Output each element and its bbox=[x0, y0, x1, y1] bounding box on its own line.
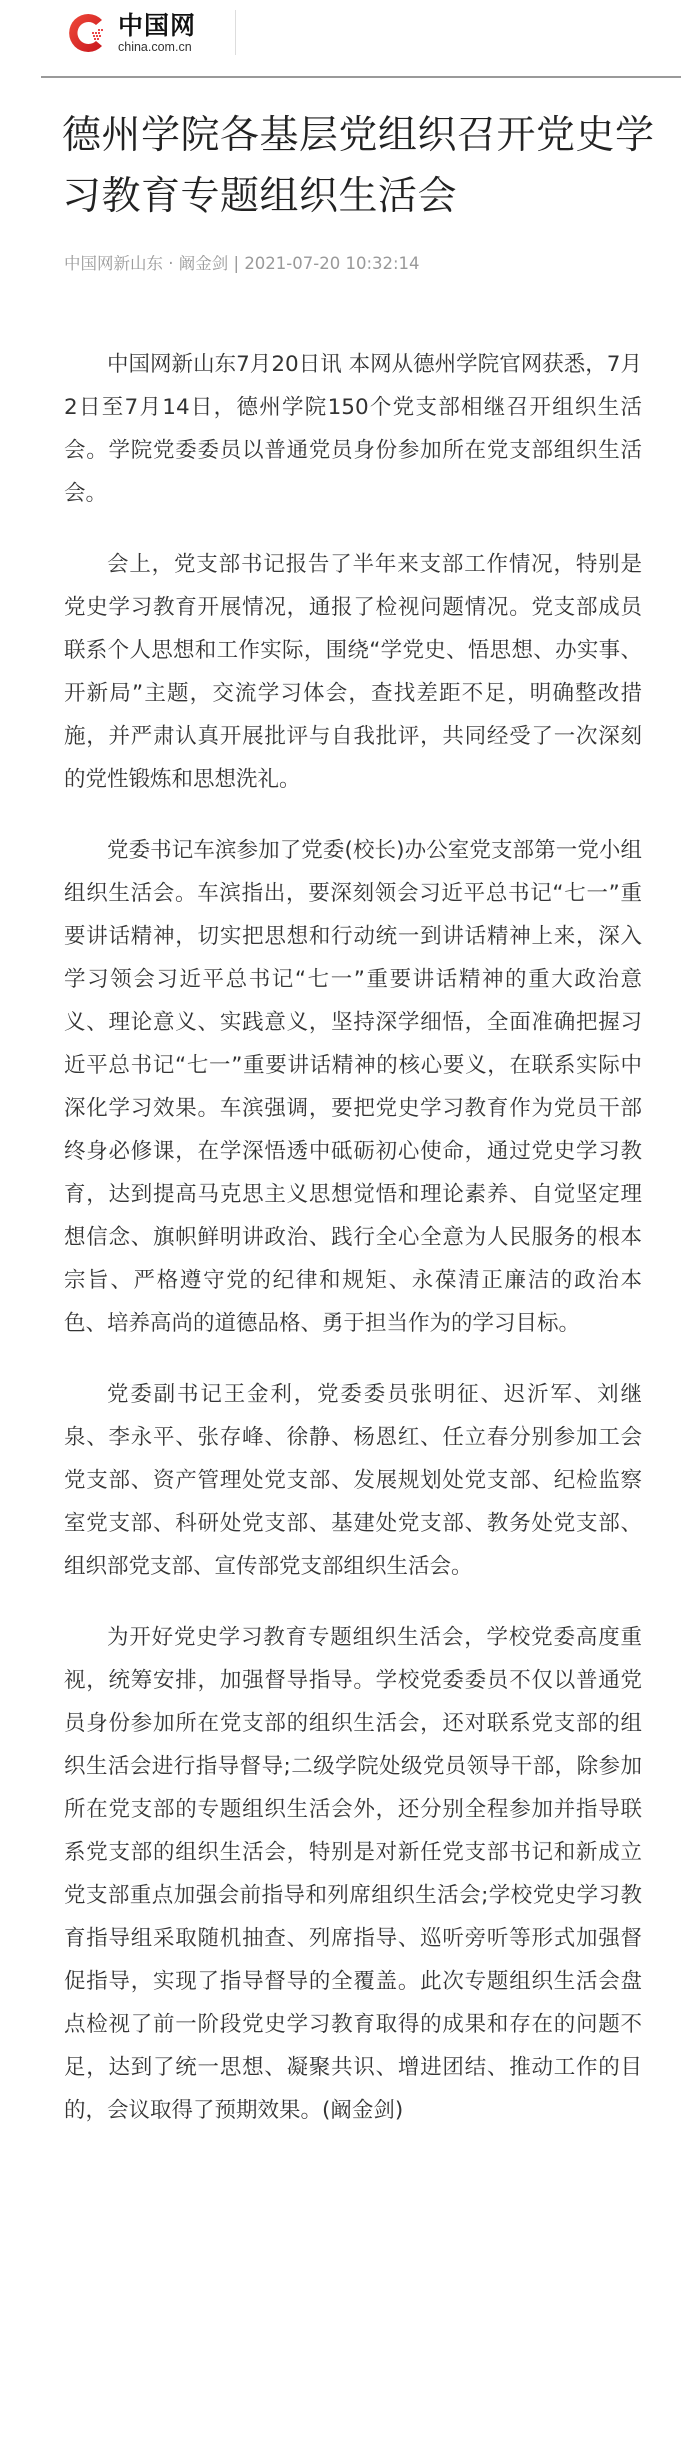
site-header: 中国网 china.com.cn bbox=[0, 0, 695, 78]
header-rule bbox=[41, 76, 681, 78]
article-paragraph: 中国网新山东7月20日讯 本网从德州学院官网获悉，7月2日至7月14日，德州学院… bbox=[64, 343, 642, 515]
article-author: 阚金剑 bbox=[179, 254, 229, 273]
meta-bar-separator: | bbox=[228, 254, 244, 273]
article-datetime: 2021-07-20 10:32:14 bbox=[244, 254, 419, 273]
header-divider bbox=[235, 10, 236, 55]
logo-chinese-text: 中国网 bbox=[118, 13, 196, 38]
article-body: 中国网新山东7月20日讯 本网从德州学院官网获悉，7月2日至7月14日，德州学院… bbox=[64, 343, 642, 2160]
site-logo[interactable]: 中国网 china.com.cn bbox=[64, 9, 214, 57]
china-com-cn-logo-icon bbox=[64, 10, 110, 56]
meta-dot-separator: · bbox=[163, 254, 179, 273]
article-title: 德州学院各基层党组织召开党史学习教育专题组织生活会 bbox=[62, 105, 662, 227]
article-paragraph: 会上，党支部书记报告了半年来支部工作情况，特别是党史学习教育开展情况，通报了检视… bbox=[64, 543, 642, 801]
article-paragraph: 党委副书记王金利，党委委员张明征、迟沂军、刘继泉、李永平、张存峰、徐静、杨恩红、… bbox=[64, 1373, 642, 1588]
article-paragraph: 为开好党史学习教育专题组织生活会，学校党委高度重视，统筹安排，加强督导指导。学校… bbox=[64, 1616, 642, 2132]
article-source: 中国网新山东 bbox=[64, 254, 163, 273]
article-paragraph: 党委书记车滨参加了党委(校长)办公室党支部第一党小组组织生活会。车滨指出，要深刻… bbox=[64, 829, 642, 1345]
logo-domain-text: china.com.cn bbox=[118, 41, 196, 54]
article-meta: 中国网新山东 · 阚金剑 | 2021-07-20 10:32:14 bbox=[64, 250, 420, 274]
